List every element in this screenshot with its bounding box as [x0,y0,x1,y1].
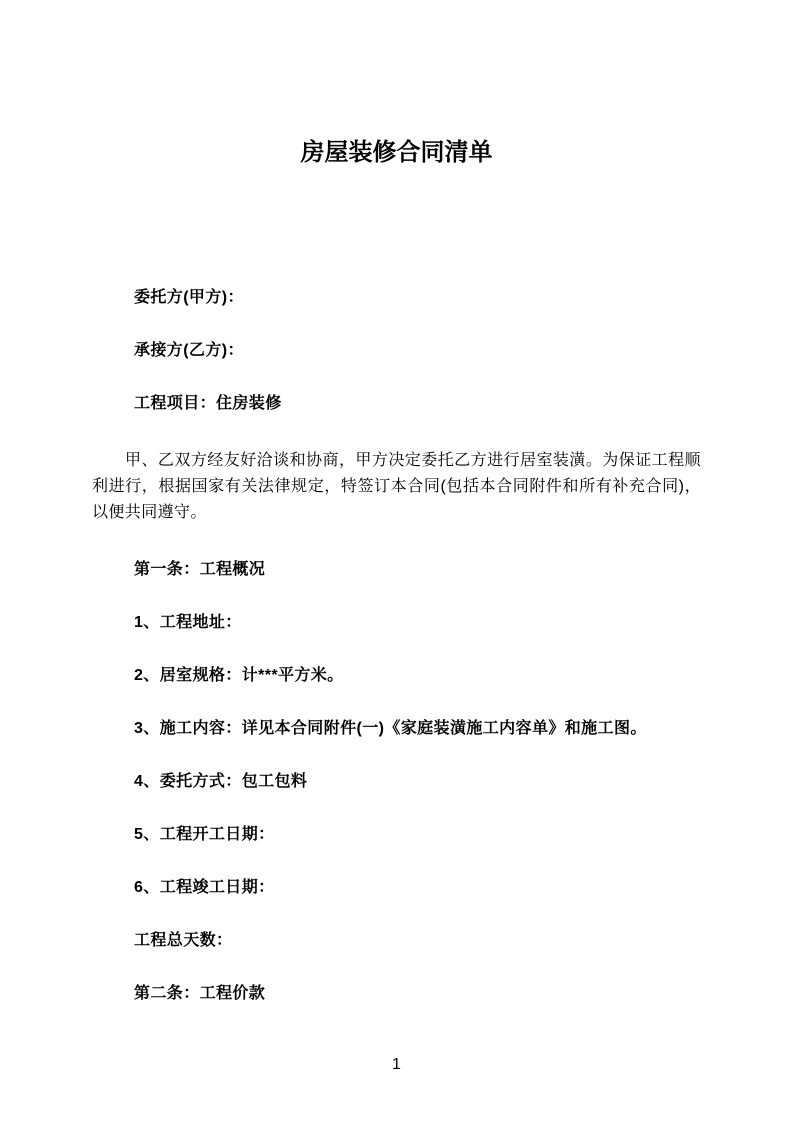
clause-heading-article-2: 第二条：工程价款 [92,981,701,1007]
intro-paragraph: 甲、乙双方经友好洽谈和协商，甲方决定委托乙方进行居室装潢。为保证工程顺利进行，根… [92,448,701,526]
clause-item-construction-content: 3、施工内容：详见本合同附件(一)《家庭装潢施工内容单》和施工图。 [92,716,701,742]
clause-item-completion-date: 6、工程竣工日期： [92,875,701,901]
party-line-contractor: 承接方(乙方)： [92,338,701,364]
page-number: 1 [0,1052,793,1078]
document-title: 房屋装修合同清单 [92,0,701,168]
clause-item-commission-method: 4、委托方式：包工包料 [92,769,701,795]
clause-item-project-address: 1、工程地址： [92,610,701,636]
party-line-client: 委托方(甲方)： [92,285,701,311]
contract-document-page: 房屋装修合同清单 委托方(甲方)： 承接方(乙方)： 工程项目：住房装修 甲、乙… [0,0,793,1122]
project-name-line: 工程项目：住房装修 [92,391,701,417]
clause-item-room-spec: 2、居室规格：计***平方米。 [92,663,701,689]
clause-item-total-days: 工程总天数： [92,928,701,954]
clause-heading-article-1: 第一条：工程概况 [92,557,701,583]
clause-item-start-date: 5、工程开工日期： [92,822,701,848]
